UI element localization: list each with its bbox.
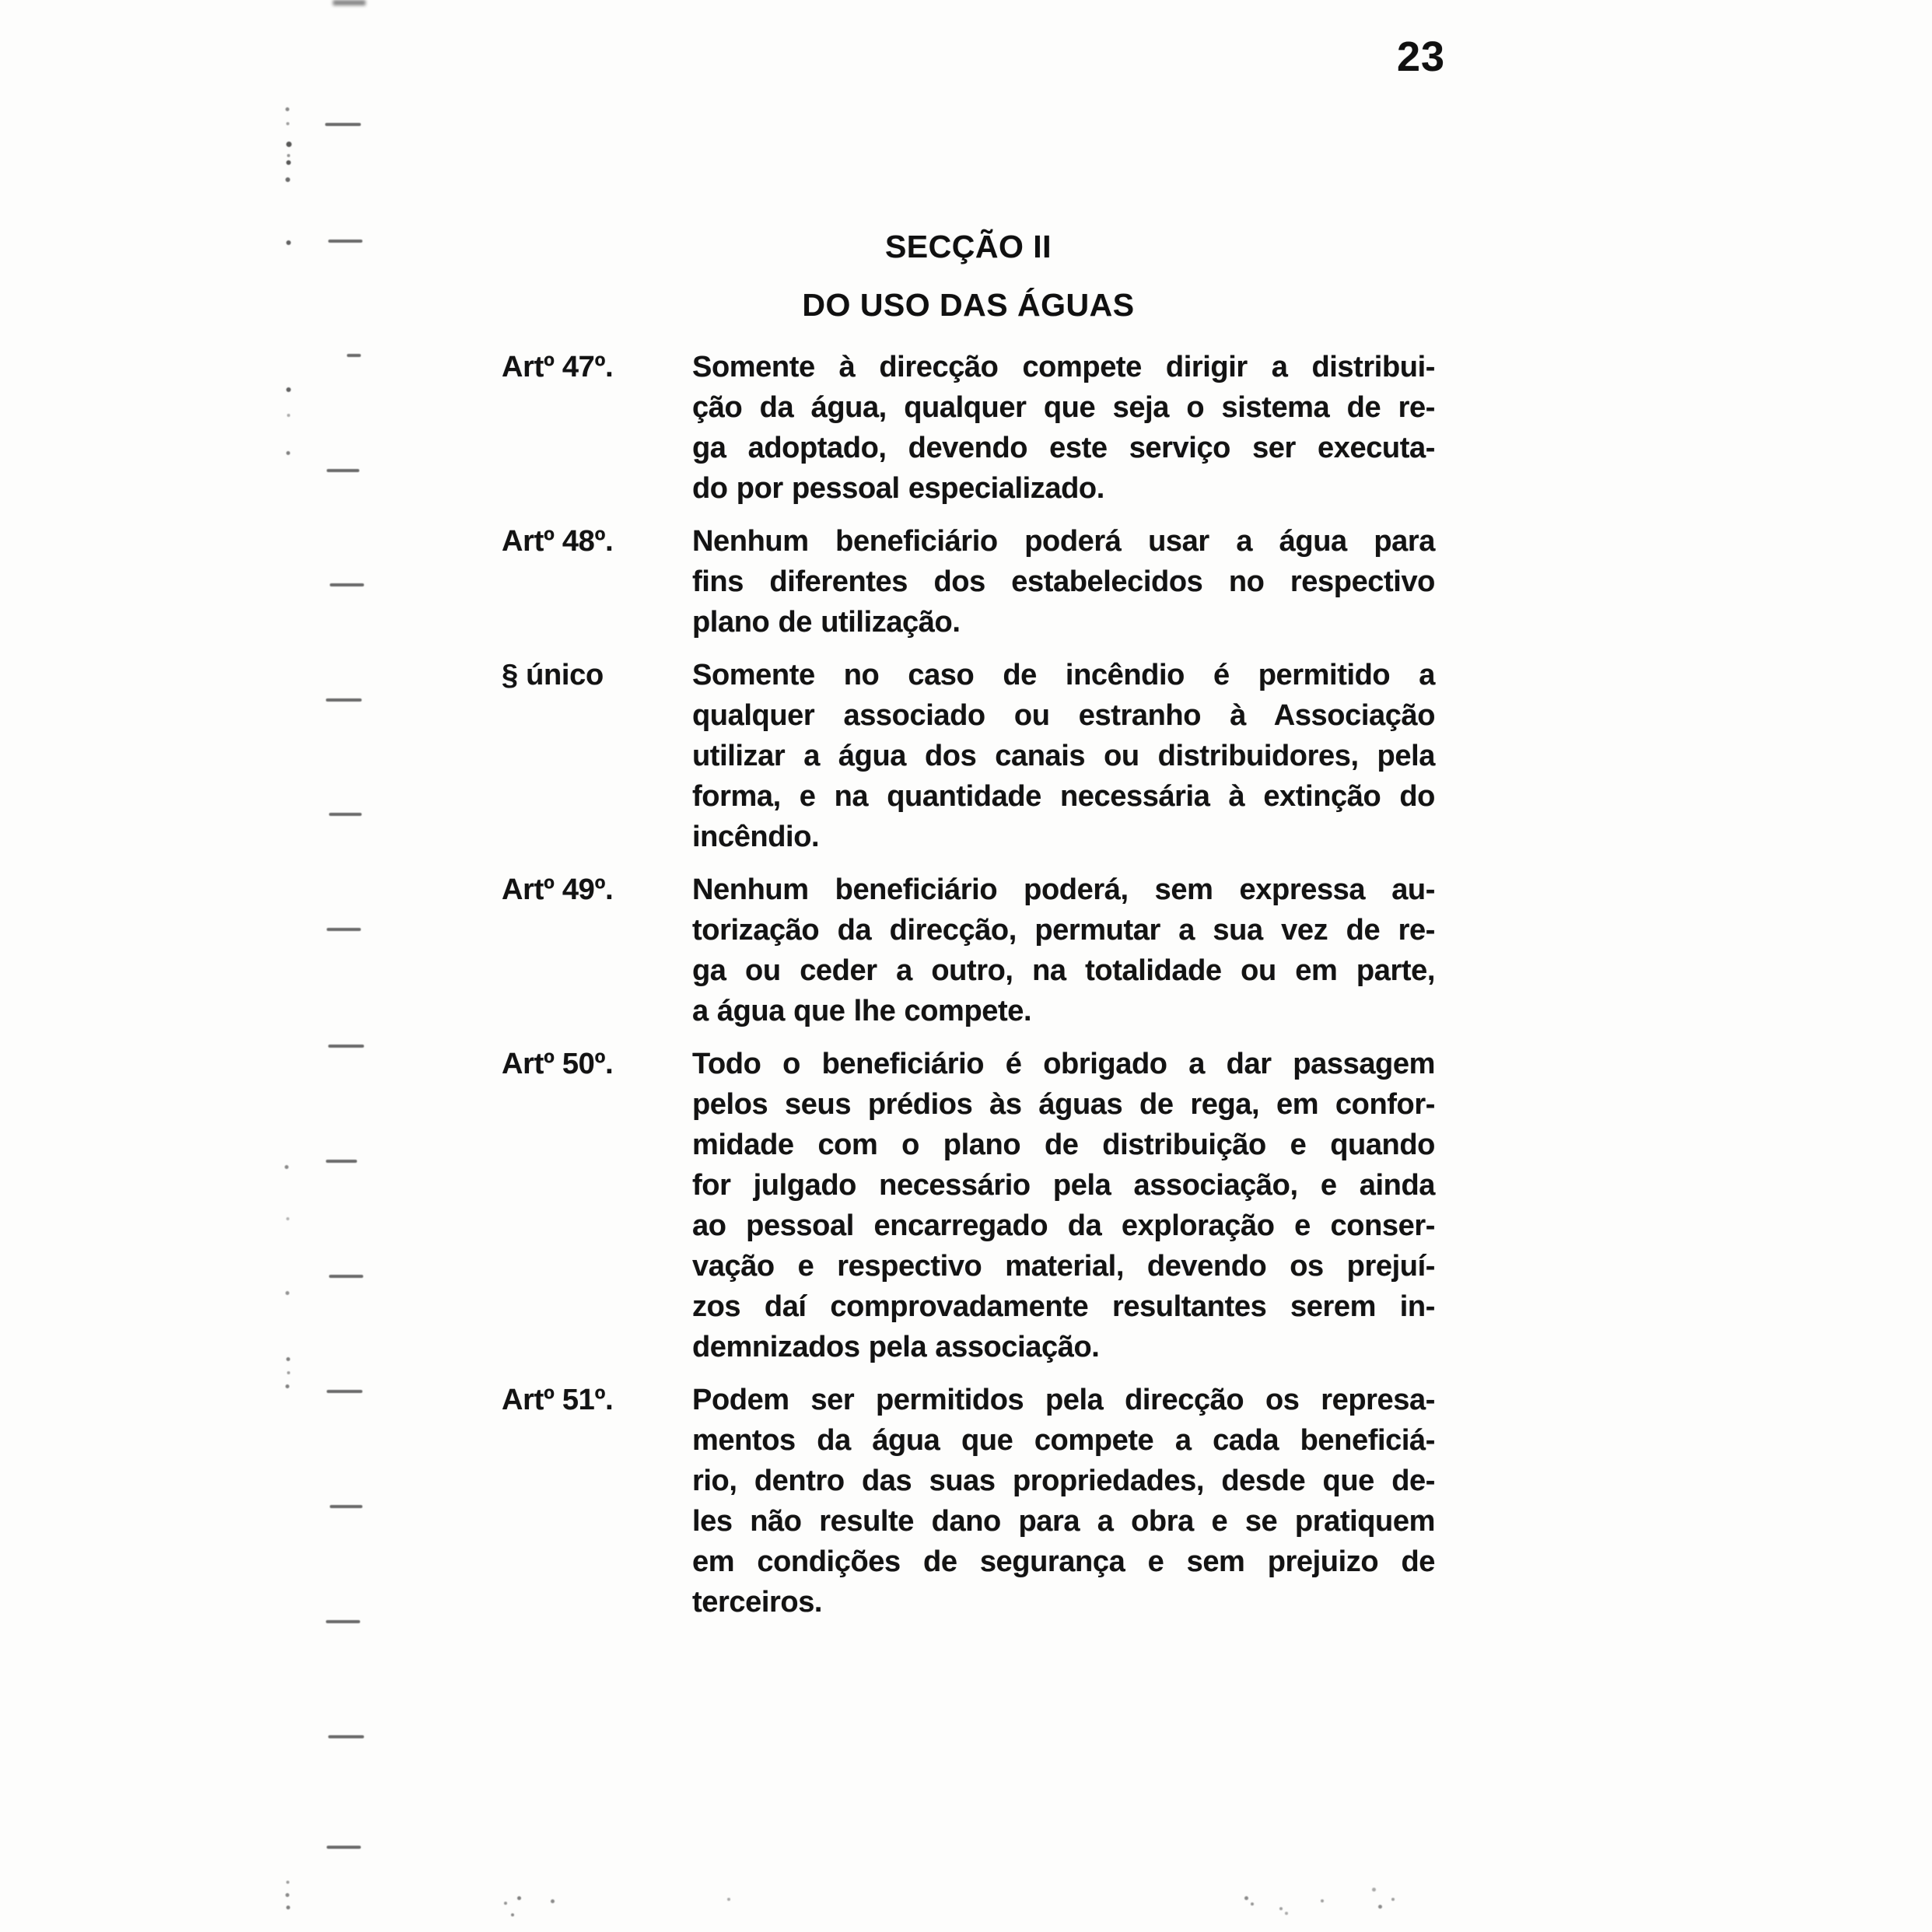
article-body: Podem ser permitidos pela direcção os re… <box>692 1380 1435 1622</box>
scan-speck <box>286 451 290 455</box>
text-line: les não resulte dano para a obra e se pr… <box>692 1501 1435 1542</box>
text-line: zos daí comprovadamente resultantes sere… <box>692 1286 1435 1327</box>
text-line: demnizados pela associação. <box>692 1327 1435 1367</box>
text-line: Todo o beneficiário é obrigado a dar pas… <box>692 1044 1435 1084</box>
text-line: ção da água, qualquer que seja o sistema… <box>692 387 1435 428</box>
article-body: Somente no caso de incêndio é permitido … <box>692 655 1435 857</box>
scan-speck <box>551 1899 555 1903</box>
margin-dash-mark <box>329 813 362 816</box>
text-line: Podem ser permitidos pela direcção os re… <box>692 1380 1435 1420</box>
text-line: pelos seus prédios às águas de rega, em … <box>692 1084 1435 1125</box>
text-line: Somente no caso de incêndio é permitido … <box>692 655 1435 695</box>
margin-dash-mark <box>330 1505 362 1508</box>
text-line: ga adoptado, devendo este serviço ser ex… <box>692 428 1435 468</box>
margin-dash-mark <box>328 1735 364 1738</box>
scan-speck <box>1372 1888 1376 1892</box>
text-line: Somente à direcção compete dirigir a dis… <box>692 347 1435 387</box>
scan-speck <box>286 1881 289 1884</box>
margin-dash-mark <box>326 698 362 702</box>
scan-speck <box>285 1893 289 1897</box>
scan-speck <box>285 1165 289 1169</box>
margin-dash-mark <box>327 469 359 472</box>
scan-speck <box>1279 1907 1283 1910</box>
section-subheading: DO USO DAS ÁGUAS <box>502 285 1435 326</box>
scan-speck <box>286 1217 289 1220</box>
text-line: fins diferentes dos estabelecidos no res… <box>692 562 1435 602</box>
text-line: midade com o plano de distribuição e qua… <box>692 1125 1435 1165</box>
scan-speck <box>286 387 291 392</box>
scan-speck <box>285 1291 289 1295</box>
scan-speck <box>1391 1898 1395 1901</box>
article-row: Artº 48º.Nenhum beneficiário poderá usar… <box>502 521 1435 642</box>
margin-dash-mark <box>326 1620 360 1623</box>
article-row: § únicoSomente no caso de incêndio é per… <box>502 655 1435 857</box>
scan-speck <box>286 142 292 147</box>
scan-speck <box>285 1384 289 1388</box>
scan-speck <box>286 1906 290 1909</box>
margin-dash-mark <box>330 583 364 586</box>
text-line: qualquer associado ou estranho à Associa… <box>692 695 1435 736</box>
page-number: 23 <box>1397 33 1445 81</box>
scan-speck <box>511 1913 514 1916</box>
article-body: Nenhum beneficiário poderá, sem expressa… <box>692 870 1435 1031</box>
scan-speck <box>727 1898 730 1901</box>
article-row: Artº 47º.Somente à direcção compete diri… <box>502 347 1435 509</box>
text-line: a água que lhe compete. <box>692 991 1435 1031</box>
scan-speck <box>1251 1902 1254 1906</box>
article-body: Todo o beneficiário é obrigado a dar pas… <box>692 1044 1435 1367</box>
margin-dash-mark <box>327 928 361 931</box>
text-line: terceiros. <box>692 1582 1435 1622</box>
margin-dash-mark <box>326 1160 357 1163</box>
scan-speck <box>287 154 290 157</box>
article-row: Artº 49º.Nenhum beneficiário poderá, sem… <box>502 870 1435 1031</box>
article-row: Artº 50º.Todo o beneficiário é obrigado … <box>502 1044 1435 1367</box>
text-line: forma, e na quantidade necessária à exti… <box>692 776 1435 817</box>
scan-speck <box>287 414 290 417</box>
margin-dash-mark <box>328 240 362 243</box>
scan-speck <box>285 107 289 111</box>
text-line: vação e respectivo material, devendo os … <box>692 1246 1435 1286</box>
text-line: ga ou ceder a outro, na totalidade ou em… <box>692 950 1435 991</box>
text-line: Nenhum beneficiário poderá usar a água p… <box>692 521 1435 562</box>
text-line: em condições de segurança e sem prejuizo… <box>692 1542 1435 1582</box>
scan-smudge <box>333 0 366 5</box>
margin-dash-mark <box>325 123 361 126</box>
text-line: plano de utilização. <box>692 602 1435 642</box>
article-label: Artº 50º. <box>502 1044 692 1084</box>
article-body: Nenhum beneficiário poderá usar a água p… <box>692 521 1435 642</box>
article-label: Artº 48º. <box>502 521 692 562</box>
scan-speck <box>287 1371 290 1374</box>
text-line: Nenhum beneficiário poderá, sem expressa… <box>692 870 1435 910</box>
text-line: do por pessoal especializado. <box>692 468 1435 509</box>
scan-speck <box>504 1902 507 1905</box>
text-line: utilizar a água dos canais ou distribuid… <box>692 736 1435 776</box>
margin-dash-mark <box>328 1045 364 1048</box>
text-line: ao pessoal encarregado da exploração e c… <box>692 1206 1435 1246</box>
scan-speck <box>285 177 290 182</box>
text-line: for julgado necessário pela associação, … <box>692 1165 1435 1206</box>
article-label: Artº 51º. <box>502 1380 692 1420</box>
section-heading: SECÇÃO II <box>502 226 1435 268</box>
text-line: rio, dentro das suas propriedades, desde… <box>692 1461 1435 1501</box>
document-content: SECÇÃO II DO USO DAS ÁGUAS Artº 47º.Some… <box>502 226 1435 1635</box>
scan-speck <box>1285 1912 1288 1915</box>
article-body: Somente à direcção compete dirigir a dis… <box>692 347 1435 509</box>
text-line: incêndio. <box>692 817 1435 857</box>
article-label: § único <box>502 655 692 695</box>
article-label: Artº 49º. <box>502 870 692 910</box>
margin-dash-mark <box>329 1275 363 1278</box>
scan-speck <box>286 1357 290 1361</box>
scan-speck <box>286 122 289 125</box>
scan-speck <box>1378 1905 1382 1909</box>
scan-speck <box>286 160 291 165</box>
scan-speck <box>1244 1896 1248 1900</box>
scan-speck <box>286 240 291 245</box>
text-line: torização da direcção, permutar a sua ve… <box>692 910 1435 950</box>
margin-dash-mark <box>327 1390 362 1393</box>
articles: Artº 47º.Somente à direcção compete diri… <box>502 347 1435 1622</box>
scanned-document-page: 23 SECÇÃO II DO USO DAS ÁGUAS Artº 47º.S… <box>0 0 1932 1932</box>
article-row: Artº 51º.Podem ser permitidos pela direc… <box>502 1380 1435 1622</box>
scan-speck <box>1321 1899 1324 1902</box>
text-line: mentos da água que compete a cada benefi… <box>692 1420 1435 1461</box>
scan-speck <box>517 1896 521 1900</box>
margin-dash-mark <box>327 1846 361 1849</box>
margin-dash-mark <box>347 354 361 357</box>
article-label: Artº 47º. <box>502 347 692 387</box>
